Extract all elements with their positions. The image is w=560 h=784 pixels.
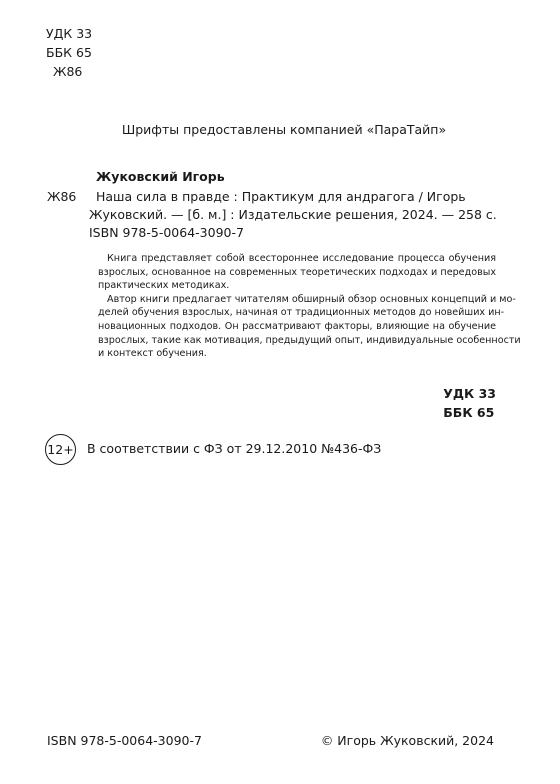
biblio-isbn-line: ISBN 978-5-0064-3090-7 bbox=[89, 224, 509, 242]
annotation-line: новационных подходов. Он рассматривают ф… bbox=[89, 320, 496, 334]
fonts-credit-text: Шрифты предоставлены компанией «ПараТайп… bbox=[122, 122, 446, 137]
author-heading: Жуковский Игорь bbox=[96, 168, 225, 186]
age-rating-law-text: В соответствии с ФЗ от 29.12.2010 №436-Ф… bbox=[87, 440, 381, 458]
annotation-paragraph: Автор книги предлагает читателям обширны… bbox=[89, 293, 496, 361]
footer-copyright: © Игорь Жуковский, 2024 bbox=[321, 732, 494, 750]
annotation-line: практических методиках. bbox=[89, 279, 496, 293]
annotation-paragraph: Книга представляет собой всестороннее ис… bbox=[89, 252, 496, 293]
annotation-line: взрослых, основанное на современных теор… bbox=[89, 266, 496, 280]
bbk-code-right: ББК 65 bbox=[443, 403, 496, 422]
footer-isbn: ISBN 978-5-0064-3090-7 bbox=[47, 732, 202, 750]
bibliographic-description: Наша сила в правде : Практикум для андра… bbox=[89, 188, 509, 242]
biblio-imprint-line: Жуковский. — [б. м.] : Издательские реше… bbox=[89, 206, 509, 224]
fonts-credit: Шрифты предоставлены компанией «ПараТайп… bbox=[0, 121, 560, 139]
author-mark: Ж86 bbox=[46, 62, 92, 81]
annotation-line: взрослых, такие как мотивация, предыдущи… bbox=[89, 334, 496, 348]
annotation-line: и контекст обучения. bbox=[89, 347, 496, 361]
udk-code-right: УДК 33 bbox=[443, 384, 496, 403]
annotation: Книга представляет собой всестороннее ис… bbox=[89, 252, 496, 361]
biblio-title-line: Наша сила в правде : Практикум для андра… bbox=[89, 188, 509, 206]
annotation-line: делей обучения взрослых, начиная от трад… bbox=[89, 306, 496, 320]
annotation-line: Книга представляет собой всестороннее ис… bbox=[89, 252, 496, 266]
classification-block-right: УДК 33 ББК 65 bbox=[443, 384, 496, 422]
annotation-line: Автор книги предлагает читателям обширны… bbox=[89, 293, 496, 307]
classification-block: УДК 33 ББК 65 Ж86 bbox=[46, 24, 92, 81]
age-rating-badge: 12+ bbox=[45, 434, 76, 465]
biblio-author-mark: Ж86 bbox=[47, 188, 76, 206]
bbk-code: ББК 65 bbox=[46, 43, 92, 62]
udk-code: УДК 33 bbox=[46, 24, 92, 43]
